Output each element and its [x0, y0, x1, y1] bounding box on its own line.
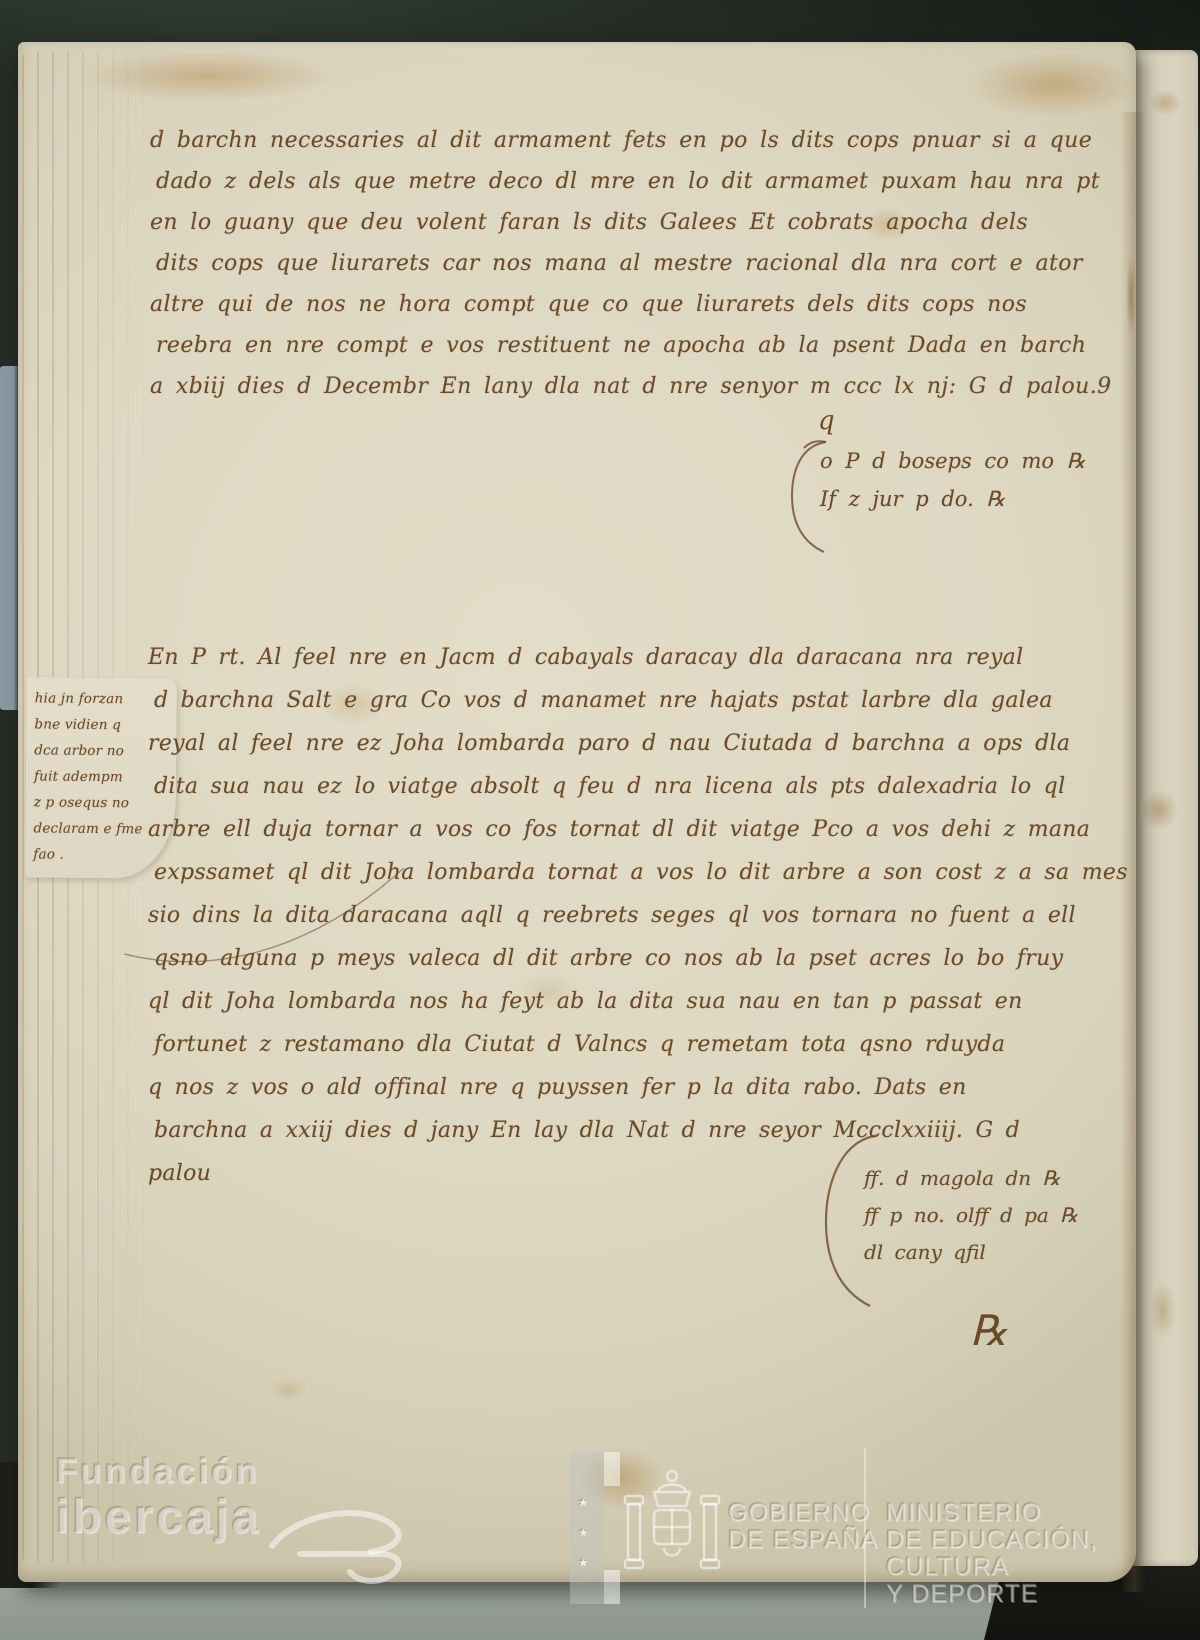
gobierno-watermark: ★ ★ ★ GOBIERNODE ESPAÑA MINIS: [566, 1448, 1186, 1608]
text-line: dita sua nau ez lo viatge absolt q feu d…: [154, 765, 1128, 808]
text-line: ql dit Joha lombarda nos ha feyt ab la d…: [148, 980, 1128, 1023]
text-line: dado z dels als que metre deco dl mre en…: [156, 161, 1130, 202]
ibercaja-swoosh-icon: [266, 1496, 416, 1588]
rubric-flourish: ℞: [970, 1306, 1008, 1355]
text-line: En P rt. Al feel nre en Jacm d cabayals …: [148, 636, 1128, 679]
text-line: MINISTERIO: [886, 1500, 1186, 1527]
ibercaja-watermark-line1: Fundación: [56, 1452, 261, 1492]
text-line: ff p no. olff d pa ℞: [864, 1197, 1078, 1234]
text-line: altre qui de nos ne hora compt que co qu…: [150, 284, 1130, 325]
ibercaja-watermark-line2: ibercaja: [56, 1490, 261, 1545]
stain: [268, 1377, 308, 1403]
eu-flag-icon: ★ ★ ★: [570, 1452, 604, 1604]
text-line: dl cany qfil: [864, 1234, 1078, 1271]
digitized-manuscript-photo: d barchn necessaries al dit armament fet…: [0, 0, 1200, 1640]
text-line: ff. d magola dn ℞: [864, 1160, 1078, 1197]
ibercaja-watermark: Fundación ibercaja: [56, 1452, 261, 1545]
q-abbreviation-mark: q: [818, 406, 835, 436]
text-line: en lo guany que deu volent faran ls dits…: [150, 202, 1130, 243]
manuscript-page: d barchn necessaries al dit armament fet…: [18, 42, 1136, 1582]
text-line: fortunet z restamano dla Ciutat d Valncs…: [154, 1023, 1128, 1066]
gobierno-watermark-text: GOBIERNODE ESPAÑA: [728, 1500, 878, 1554]
text-line: DE EDUCACIÓN, CULTURA: [886, 1527, 1186, 1581]
stain: [78, 50, 338, 102]
watermark-divider: [864, 1448, 866, 1608]
ministerio-watermark-text: MINISTERIODE EDUCACIÓN, CULTURAY DEPORTE: [886, 1500, 1186, 1608]
text-line: DE ESPAÑA: [728, 1527, 878, 1554]
text-line: d barchna Salt e gra Co vos d manamet nr…: [154, 679, 1128, 722]
text-line: Y DEPORTE: [886, 1581, 1186, 1608]
text-line: GOBIERNO: [728, 1500, 878, 1527]
text-line: dits cops que liurarets car nos mana al …: [156, 243, 1130, 284]
background-strip-left: [0, 366, 20, 710]
text-line: If z jur p do. ℞: [820, 480, 1086, 518]
star-icon: ★: [578, 1526, 588, 1539]
text-line: o P d boseps co mo ℞: [820, 442, 1086, 480]
spain-coat-of-arms-icon: [620, 1462, 724, 1594]
text-line: qsno alguna p meys valeca dl dit arbre c…: [154, 937, 1128, 980]
star-icon: ★: [578, 1496, 588, 1509]
text-line: arbre ell duja tornar a vos co fos torna…: [148, 808, 1128, 851]
text-line: expssamet ql dit Joha lombarda tornat a …: [154, 851, 1128, 894]
registration-note-top: q o P d boseps co mo ℞If z jur p do. ℞: [786, 414, 1116, 564]
text-line: reyal al feel nre ez Joha lombarda paro …: [148, 722, 1128, 765]
registration-note-bottom-lines: ff. d magola dn ℞ff p no. olff d pa ℞dl …: [864, 1160, 1078, 1271]
text-line: sio dins la dita daracana aqll q reebret…: [148, 894, 1128, 937]
text-line: reebra en nre compt e vos restituent ne …: [156, 325, 1130, 366]
paragraph-main: En P rt. Al feel nre en Jacm d cabayals …: [148, 636, 1128, 1195]
stain: [968, 52, 1138, 118]
stain: [1148, 90, 1182, 116]
text-line: q nos z vos o ald offinal nre q puyssen …: [148, 1066, 1128, 1109]
registration-note-top-lines: o P d boseps co mo ℞If z jur p do. ℞: [820, 442, 1086, 518]
text-line: d barchn necessaries al dit armament fet…: [150, 120, 1130, 161]
flag-notch: [604, 1570, 620, 1604]
stain: [1150, 1280, 1176, 1340]
paragraph-top: d barchn necessaries al dit armament fet…: [150, 120, 1130, 407]
star-icon: ★: [578, 1556, 588, 1569]
flag-notch: [604, 1452, 620, 1486]
text-line: a xbiij dies d Decembr En lany dla nat d…: [150, 366, 1130, 407]
registration-note-bottom: ff. d magola dn ℞ff p no. olff d pa ℞dl …: [818, 1124, 1148, 1344]
